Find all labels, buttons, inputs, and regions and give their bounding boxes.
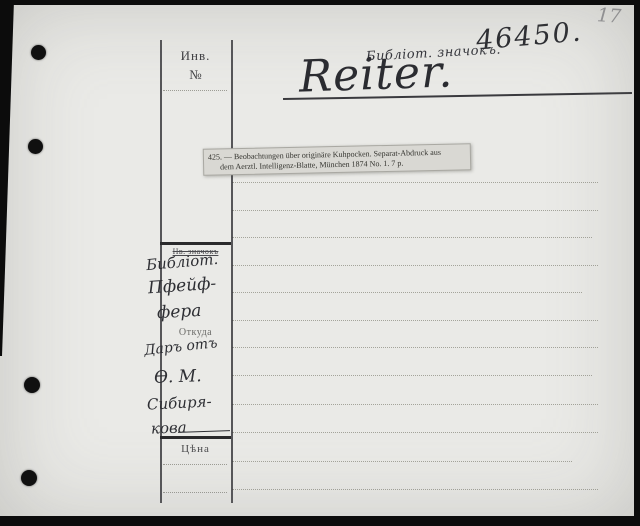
column-dotted-line <box>163 90 227 91</box>
price-field-label: Цѣна <box>160 443 231 455</box>
origin-handwriting: кова <box>151 418 187 437</box>
ruled-line <box>232 375 592 376</box>
punch-hole <box>31 45 46 60</box>
ruled-line <box>232 237 592 238</box>
origin-handwriting: Ѳ. М. <box>154 366 202 388</box>
inventory-field-label: Инв. <box>160 48 231 64</box>
ruled-line <box>232 461 572 462</box>
scan-border-top <box>0 0 640 5</box>
column-section-divider <box>160 242 231 245</box>
catalog-card-scan: 17 Библіот. значокъ. 46450. Reiter. 425.… <box>0 0 640 526</box>
title-handwriting: Reiter. <box>298 46 454 102</box>
punch-hole <box>21 470 37 486</box>
origin-handwriting: Сибиря- <box>147 392 212 413</box>
ruled-line <box>232 265 598 266</box>
ruled-line <box>232 404 598 405</box>
ruled-line <box>232 347 598 348</box>
ruled-line <box>232 292 582 293</box>
pasted-clipping: 425. — Beobachtungen über originäre Kuhp… <box>203 143 472 176</box>
accession-number-handwriting: 46450. <box>475 16 584 56</box>
punch-hole <box>28 139 43 154</box>
column-dotted-line <box>163 492 227 493</box>
scan-border-right <box>634 0 640 526</box>
scan-border-bottom <box>0 516 640 526</box>
scan-border-left <box>0 0 14 356</box>
ruled-line <box>232 432 598 433</box>
ruled-line <box>232 320 598 321</box>
column-dotted-line <box>163 464 227 465</box>
ruled-line <box>232 210 598 211</box>
page-number-pencil: 17 <box>596 4 622 28</box>
ruled-line <box>232 489 598 490</box>
ruled-line <box>232 182 598 183</box>
provenance-handwriting: фера <box>157 301 202 323</box>
punch-hole <box>24 377 40 393</box>
inventory-number-sign: № <box>160 67 231 83</box>
